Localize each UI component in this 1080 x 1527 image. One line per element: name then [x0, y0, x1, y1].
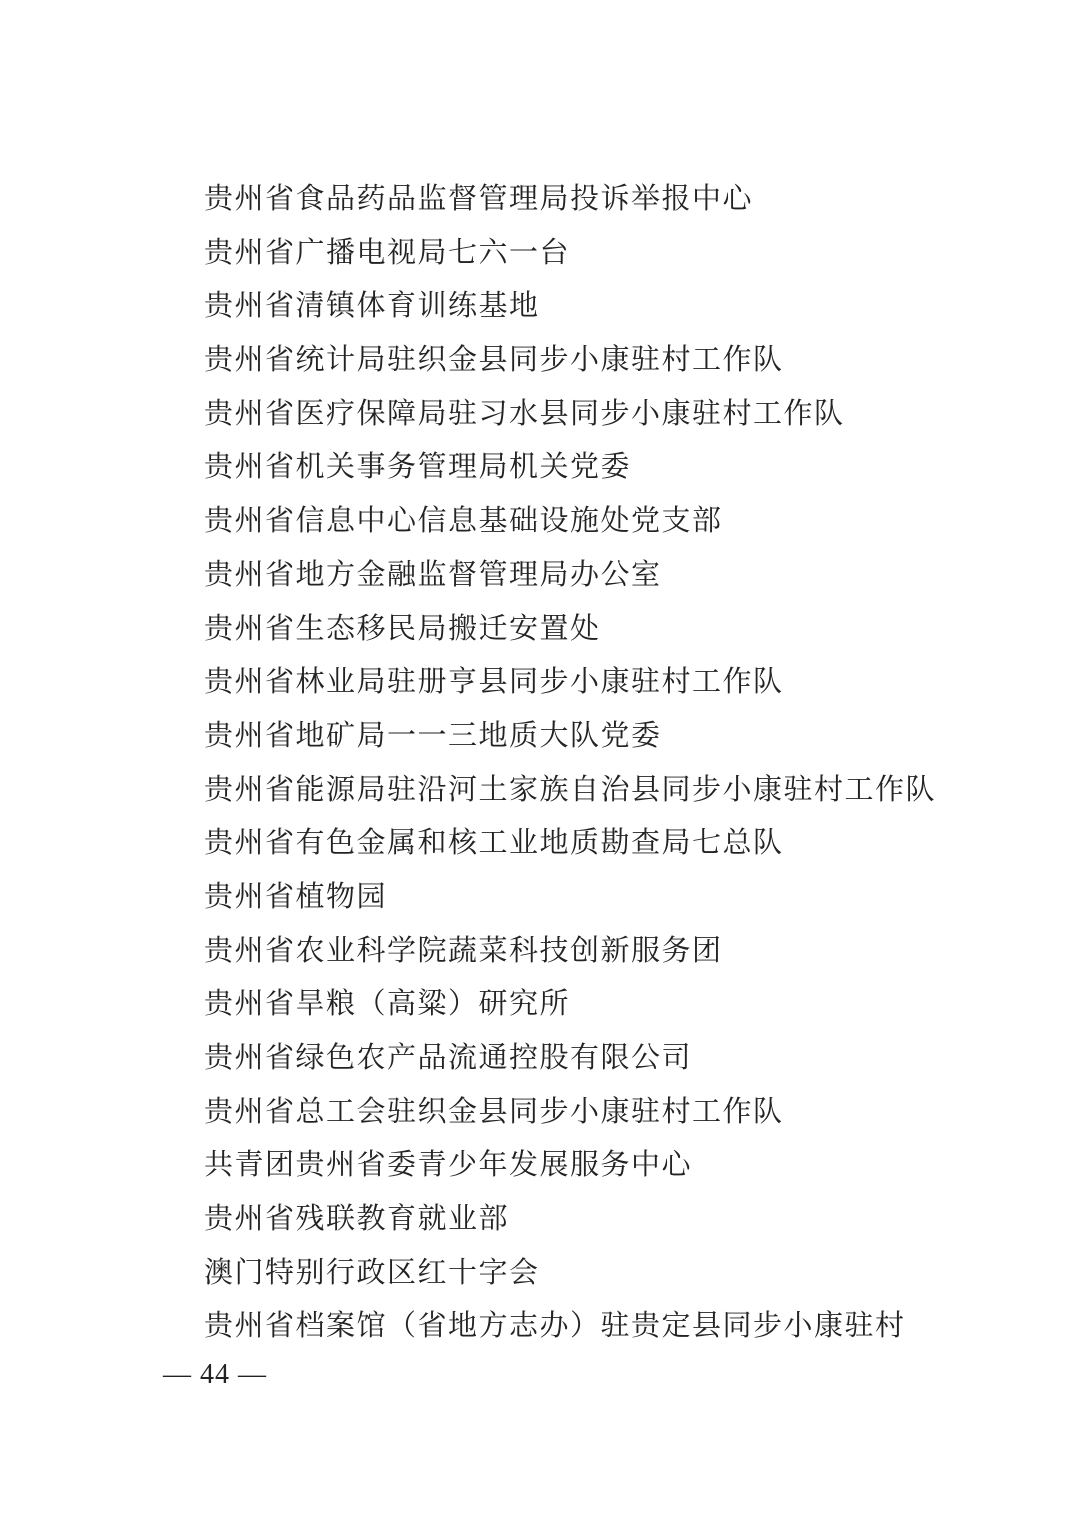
org-list-item: 贵州省农业科学院蔬菜科技创新服务团 [204, 925, 1040, 979]
org-list-item: 贵州省机关事务管理局机关党委 [204, 441, 1040, 495]
org-list-item: 贵州省广播电视局七六一台 [204, 227, 1040, 281]
org-list-item: 贵州省食品药品监督管理局投诉举报中心 [204, 173, 1040, 227]
org-list-item: 贵州省地方金融监督管理局办公室 [204, 549, 1040, 603]
org-list-item: 贵州省绿色农产品流通控股有限公司 [204, 1032, 1040, 1086]
org-list-item: 贵州省生态移民局搬迁安置处 [204, 603, 1040, 657]
org-list-item: 贵州省总工会驻织金县同步小康驻村工作队 [204, 1086, 1040, 1140]
org-list-item: 贵州省林业局驻册亨县同步小康驻村工作队 [204, 656, 1040, 710]
org-list-item: 贵州省地矿局一一三地质大队党委 [204, 710, 1040, 764]
page-number: — 44 — [163, 1358, 267, 1392]
org-list-item: 贵州省能源局驻沿河土家族自治县同步小康驻村工作队 [204, 764, 1040, 818]
document-page: 贵州省食品药品监督管理局投诉举报中心 贵州省广播电视局七六一台 贵州省清镇体育训… [0, 0, 1080, 1527]
org-list-item: 贵州省清镇体育训练基地 [204, 280, 1040, 334]
organization-list: 贵州省食品药品监督管理局投诉举报中心 贵州省广播电视局七六一台 贵州省清镇体育训… [204, 173, 1040, 1354]
org-list-item: 贵州省有色金属和核工业地质勘查局七总队 [204, 817, 1040, 871]
org-list-item: 贵州省旱粮（高粱）研究所 [204, 978, 1040, 1032]
org-list-item: 贵州省档案馆（省地方志办）驻贵定县同步小康驻村 [204, 1300, 1040, 1354]
org-list-item: 贵州省植物园 [204, 871, 1040, 925]
org-list-item: 贵州省医疗保障局驻习水县同步小康驻村工作队 [204, 388, 1040, 442]
org-list-item: 贵州省统计局驻织金县同步小康驻村工作队 [204, 334, 1040, 388]
org-list-item: 贵州省信息中心信息基础设施处党支部 [204, 495, 1040, 549]
org-list-item: 贵州省残联教育就业部 [204, 1193, 1040, 1247]
org-list-item: 澳门特别行政区红十字会 [204, 1247, 1040, 1301]
org-list-item: 共青团贵州省委青少年发展服务中心 [204, 1139, 1040, 1193]
